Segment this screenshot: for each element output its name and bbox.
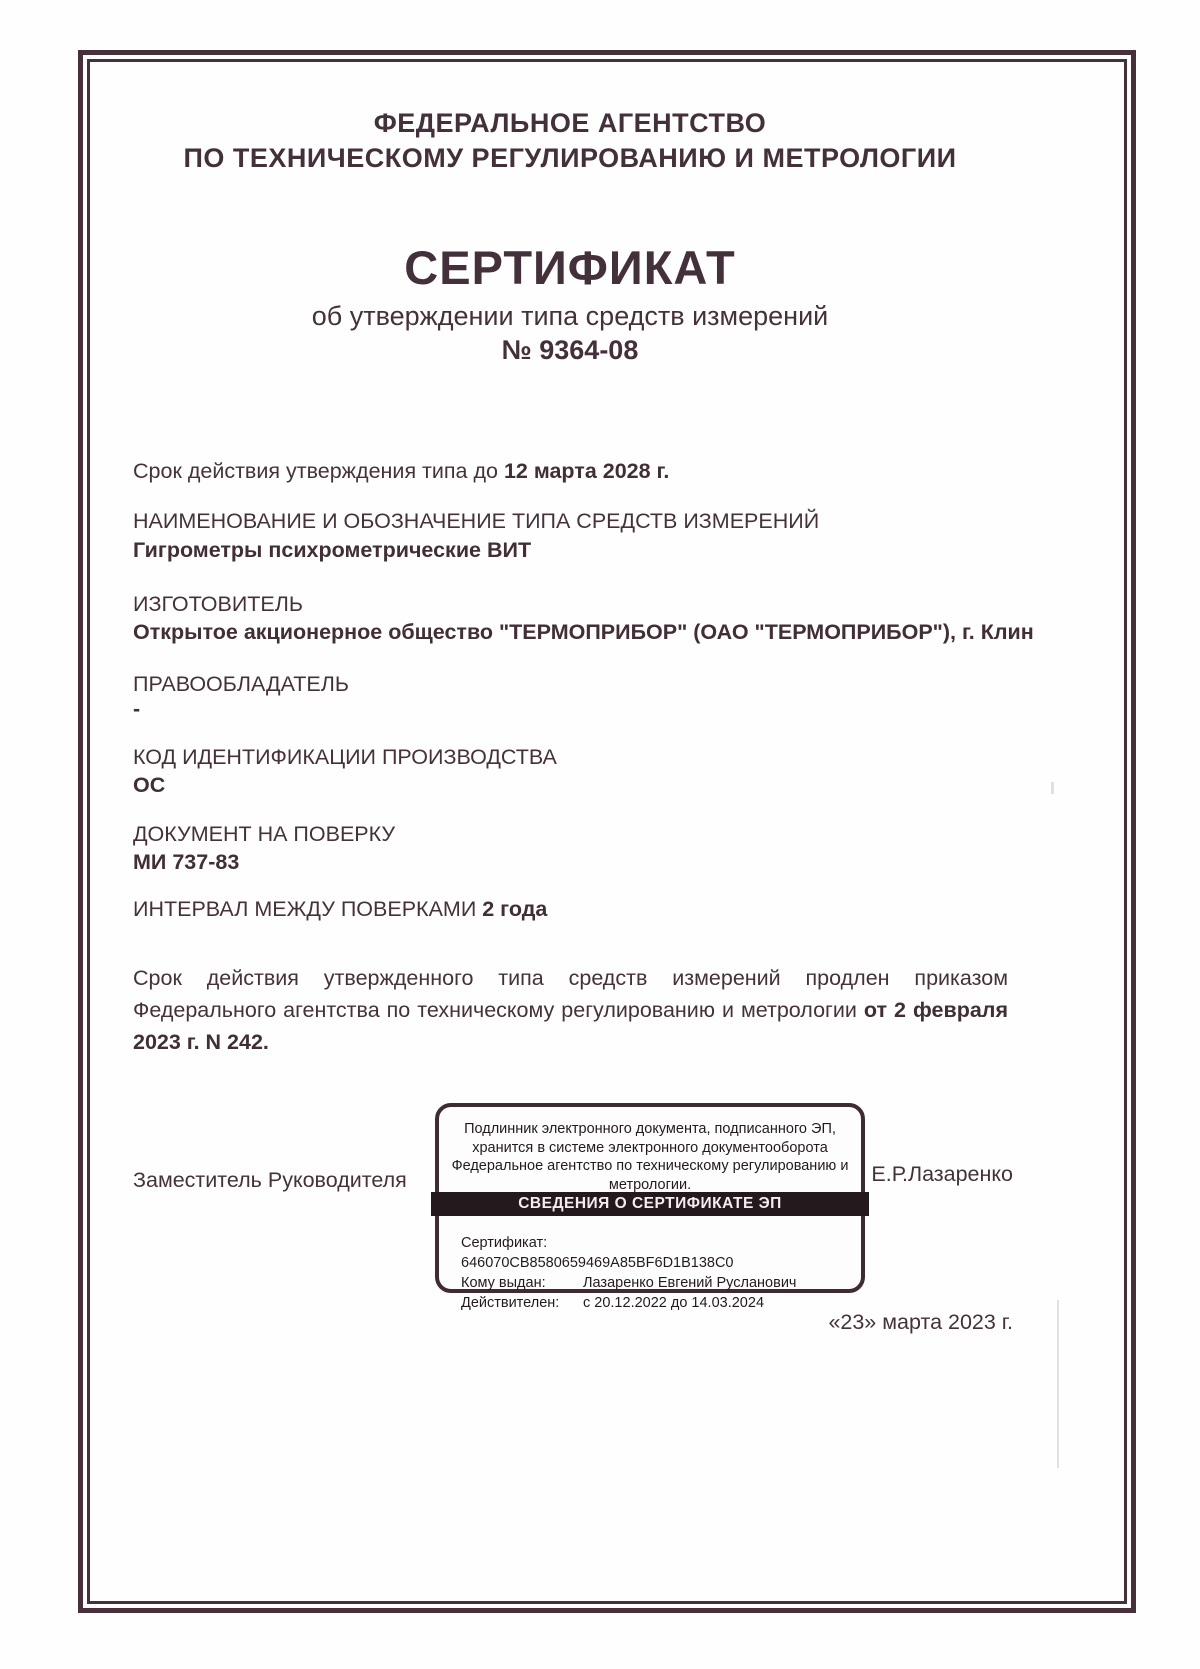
validity-label: Срок действия утверждения типа до — [133, 459, 504, 483]
signature-date: «23» марта 2023 г. — [700, 1310, 1013, 1335]
type-name-label: НАИМЕНОВАНИЕ И ОБОЗНАЧЕНИЕ ТИПА СРЕДСТВ … — [133, 509, 819, 534]
stamp-valid-row: Действителен:с 20.12.2022 до 14.03.2024 — [461, 1293, 851, 1313]
manufacturer-label: ИЗГОТОВИТЕЛЬ — [133, 592, 303, 617]
stamp-head-line2: хранится в системе электронного документ… — [447, 1139, 853, 1158]
production-code-label: КОД ИДЕНТИФИКАЦИИ ПРОИЗВОДСТВА — [133, 745, 557, 770]
stamp-bar-title: СВЕДЕНИЯ О СЕРТИФИКАТЕ ЭП — [431, 1192, 869, 1216]
stamp-header-text: Подлинник электронного документа, подпис… — [447, 1120, 853, 1194]
stamp-issued-label: Кому выдан: — [461, 1273, 583, 1293]
e-signature-stamp: Подлинник электронного документа, подпис… — [435, 1103, 865, 1293]
stamp-issued-value: Лазаренко Евгений Русланович — [583, 1275, 796, 1291]
rights-holder-label: ПРАВООБЛАДАТЕЛЬ — [133, 672, 349, 697]
extension-paragraph: Срок действия утвержденного типа средств… — [133, 962, 1008, 1058]
validity-value: 12 марта 2028 г. — [504, 459, 669, 483]
stamp-head-line3: Федеральное агентство по техническому ре… — [447, 1157, 853, 1176]
production-code-value: ОС — [133, 773, 165, 798]
interval-line: ИНТЕРВАЛ МЕЖДУ ПОВЕРКАМИ 2 года — [133, 897, 547, 922]
stamp-cert-label: Сертификат: — [461, 1233, 583, 1253]
certificate-page: ФЕДЕРАЛЬНОЕ АГЕНТСТВО ПО ТЕХНИЧЕСКОМУ РЕ… — [0, 0, 1200, 1669]
verification-doc-label: ДОКУМЕНТ НА ПОВЕРКУ — [133, 822, 395, 847]
stamp-cert-row: Сертификат:646070CB8580659469A85BF6D1B13… — [461, 1233, 851, 1273]
rights-holder-value: - — [133, 697, 140, 722]
document-subtitle: об утверждении типа средств измерений — [40, 301, 1100, 332]
stamp-certificate-details: Сертификат:646070CB8580659469A85BF6D1B13… — [461, 1233, 851, 1313]
document-number: № 9364-08 — [40, 335, 1100, 366]
scan-artifact-tick — [1051, 782, 1054, 794]
stamp-issued-row: Кому выдан:Лазаренко Евгений Русланович — [461, 1273, 851, 1293]
interval-value: 2 года — [482, 897, 547, 921]
stamp-head-line1: Подлинник электронного документа, подпис… — [447, 1120, 853, 1139]
manufacturer-value: Открытое акционерное общество "ТЕРМОПРИБ… — [133, 620, 1034, 645]
validity-line: Срок действия утверждения типа до 12 мар… — [133, 459, 669, 484]
document-title: СЕРТИФИКАТ — [40, 240, 1100, 295]
agency-name-line1: ФЕДЕРАЛЬНОЕ АГЕНТСТВО — [40, 108, 1100, 139]
stamp-valid-value: с 20.12.2022 до 14.03.2024 — [583, 1295, 764, 1311]
interval-label: ИНТЕРВАЛ МЕЖДУ ПОВЕРКАМИ — [133, 897, 482, 921]
stamp-cert-value: 646070CB8580659469A85BF6D1B138C0 — [461, 1255, 734, 1271]
signer-position: Заместитель Руководителя — [133, 1168, 407, 1193]
verification-doc-value: МИ 737-83 — [133, 850, 239, 875]
type-name-value: Гигрометры психрометрические ВИТ — [133, 538, 531, 563]
scan-artifact-line — [1057, 1300, 1059, 1468]
agency-name-line2: ПО ТЕХНИЧЕСКОМУ РЕГУЛИРОВАНИЮ И МЕТРОЛОГ… — [40, 143, 1100, 174]
stamp-valid-label: Действителен: — [461, 1293, 583, 1313]
